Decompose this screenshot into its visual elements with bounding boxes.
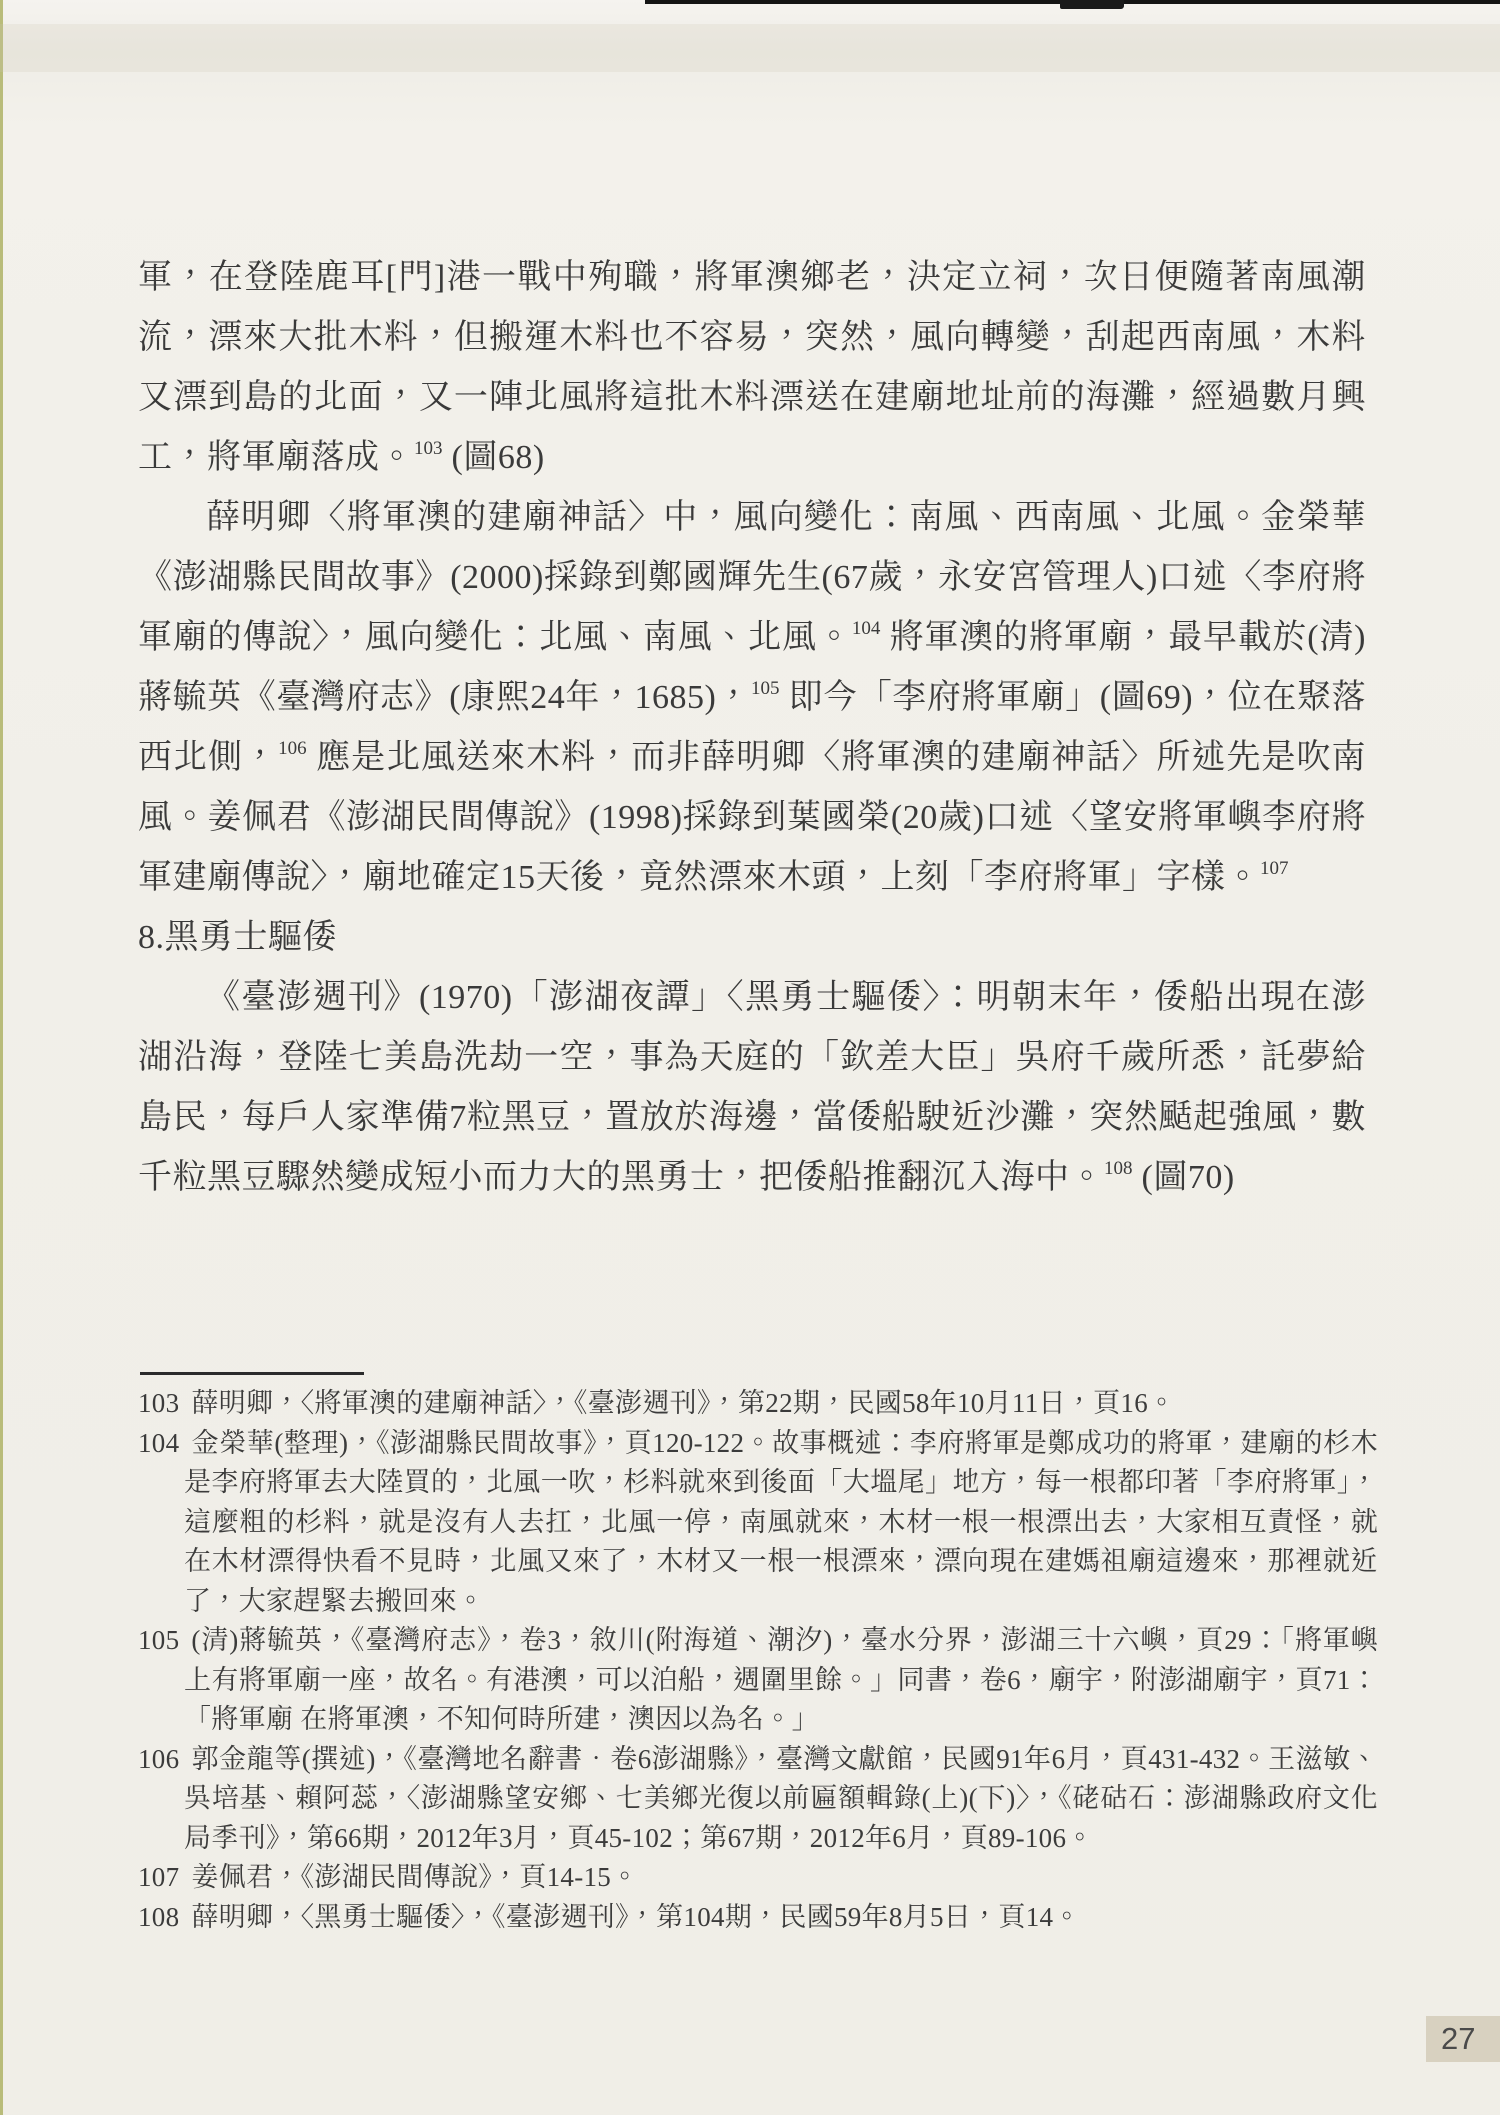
footnote-106: 106郭金龍等(撰述)，《臺灣地名辭書．卷6澎湖縣》，臺灣文獻館，民國91年6月… [138,1740,1378,1859]
footnote-104: 104金榮華(整理)，《澎湖縣民間故事》，頁120-122。故事概述：李府將軍是… [138,1424,1378,1622]
footnote-108-text: 薛明卿，〈黑勇士驅倭〉，《臺澎週刊》，第104期，民國59年8月5日，頁14。 [191,1902,1080,1932]
footnote-separator [140,1372,364,1375]
footnote-107-text: 姜佩君，《澎湖民間傳說》，頁14-15。 [191,1862,638,1892]
footnote-105: 105(清)蔣毓英，《臺灣府志》，卷3，敘川(附海道、潮汐)，臺水分界，澎湖三十… [138,1621,1378,1740]
footnote-105-number: 105 [138,1625,179,1655]
footnote-ref-105: 105 [751,678,780,699]
footnote-ref-103: 103 [414,438,443,459]
footnotes-section: 103薛明卿，〈將軍澳的建廟神話〉，《臺澎週刊》，第22期，民國58年10月11… [138,1384,1378,1937]
scanned-book-page: 軍，在登陸鹿耳[門]港一戰中殉職，將軍澳鄉老，決定立祠，次日便隨著南風潮流，漂來… [0,0,1500,2115]
scan-top-notch-artifact [1060,0,1124,9]
footnote-103-text: 薛明卿，〈將軍澳的建廟神話〉，《臺澎週刊》，第22期，民國58年10月11日，頁… [191,1388,1175,1418]
footnote-105-text: (清)蔣毓英，《臺灣府志》，卷3，敘川(附海道、潮汐)，臺水分界，澎湖三十六嶼，… [184,1625,1405,1734]
footnote-104-text: 金榮華(整理)，《澎湖縣民間故事》，頁120-122。故事概述：李府將軍是鄭成功… [184,1428,1378,1616]
footnote-ref-108: 108 [1104,1158,1133,1179]
footnote-ref-107: 107 [1260,858,1289,879]
paragraph-1-text: 軍，在登陸鹿耳[門]港一戰中殉職，將軍澳鄉老，決定立祠，次日便隨著南風潮流，漂來… [138,259,1366,476]
footnote-106-number: 106 [138,1744,179,1774]
footnote-104-number: 104 [138,1428,179,1458]
footnote-108-number: 108 [138,1902,179,1932]
footnote-107-number: 107 [138,1862,179,1892]
scan-shading-band [0,24,1500,72]
footnote-103: 103薛明卿，〈將軍澳的建廟神話〉，《臺澎週刊》，第22期，民國58年10月11… [138,1384,1378,1424]
paragraph-1: 軍，在登陸鹿耳[門]港一戰中殉職，將軍澳鄉老，決定立祠，次日便隨著南風潮流，漂來… [138,248,1366,488]
footnote-107: 107姜佩君，《澎湖民間傳說》，頁14-15。 [138,1858,1378,1898]
footnote-108: 108薛明卿，〈黑勇士驅倭〉，《臺澎週刊》，第104期，民國59年8月5日，頁1… [138,1898,1378,1938]
paragraph-3: 《臺澎週刊》(1970)「澎湖夜譚」〈黑勇士驅倭〉：明朝末年，倭船出現在澎湖沿海… [138,968,1366,1208]
figure-ref-70: (圖70) [1133,1159,1235,1196]
figure-ref-68: (圖68) [443,439,545,476]
scan-left-edge-artifact [0,0,3,2115]
footnote-ref-106: 106 [278,738,307,759]
paragraph-2-text-d: 應是北風送來木料，而非薛明卿〈將軍澳的建廟神話〉所述先是吹南風。姜佩君《澎湖民間… [138,739,1366,896]
footnote-106-text: 郭金龍等(撰述)，《臺灣地名辭書．卷6澎湖縣》，臺灣文獻館，民國91年6月，頁4… [184,1744,1378,1853]
footnote-ref-104: 104 [852,618,881,639]
paragraph-2: 薛明卿〈將軍澳的建廟神話〉中，風向變化：南風、西南風、北風。金榮華《澎湖縣民間故… [138,488,1366,908]
page-number-box: 27 [1426,2016,1500,2062]
footnote-103-number: 103 [138,1388,179,1418]
page-number: 27 [1426,2016,1500,2062]
section-heading-8: 8.黑勇士驅倭 [138,908,1366,968]
body-text: 軍，在登陸鹿耳[門]港一戰中殉職，將軍澳鄉老，決定立祠，次日便隨著南風潮流，漂來… [138,248,1366,1208]
